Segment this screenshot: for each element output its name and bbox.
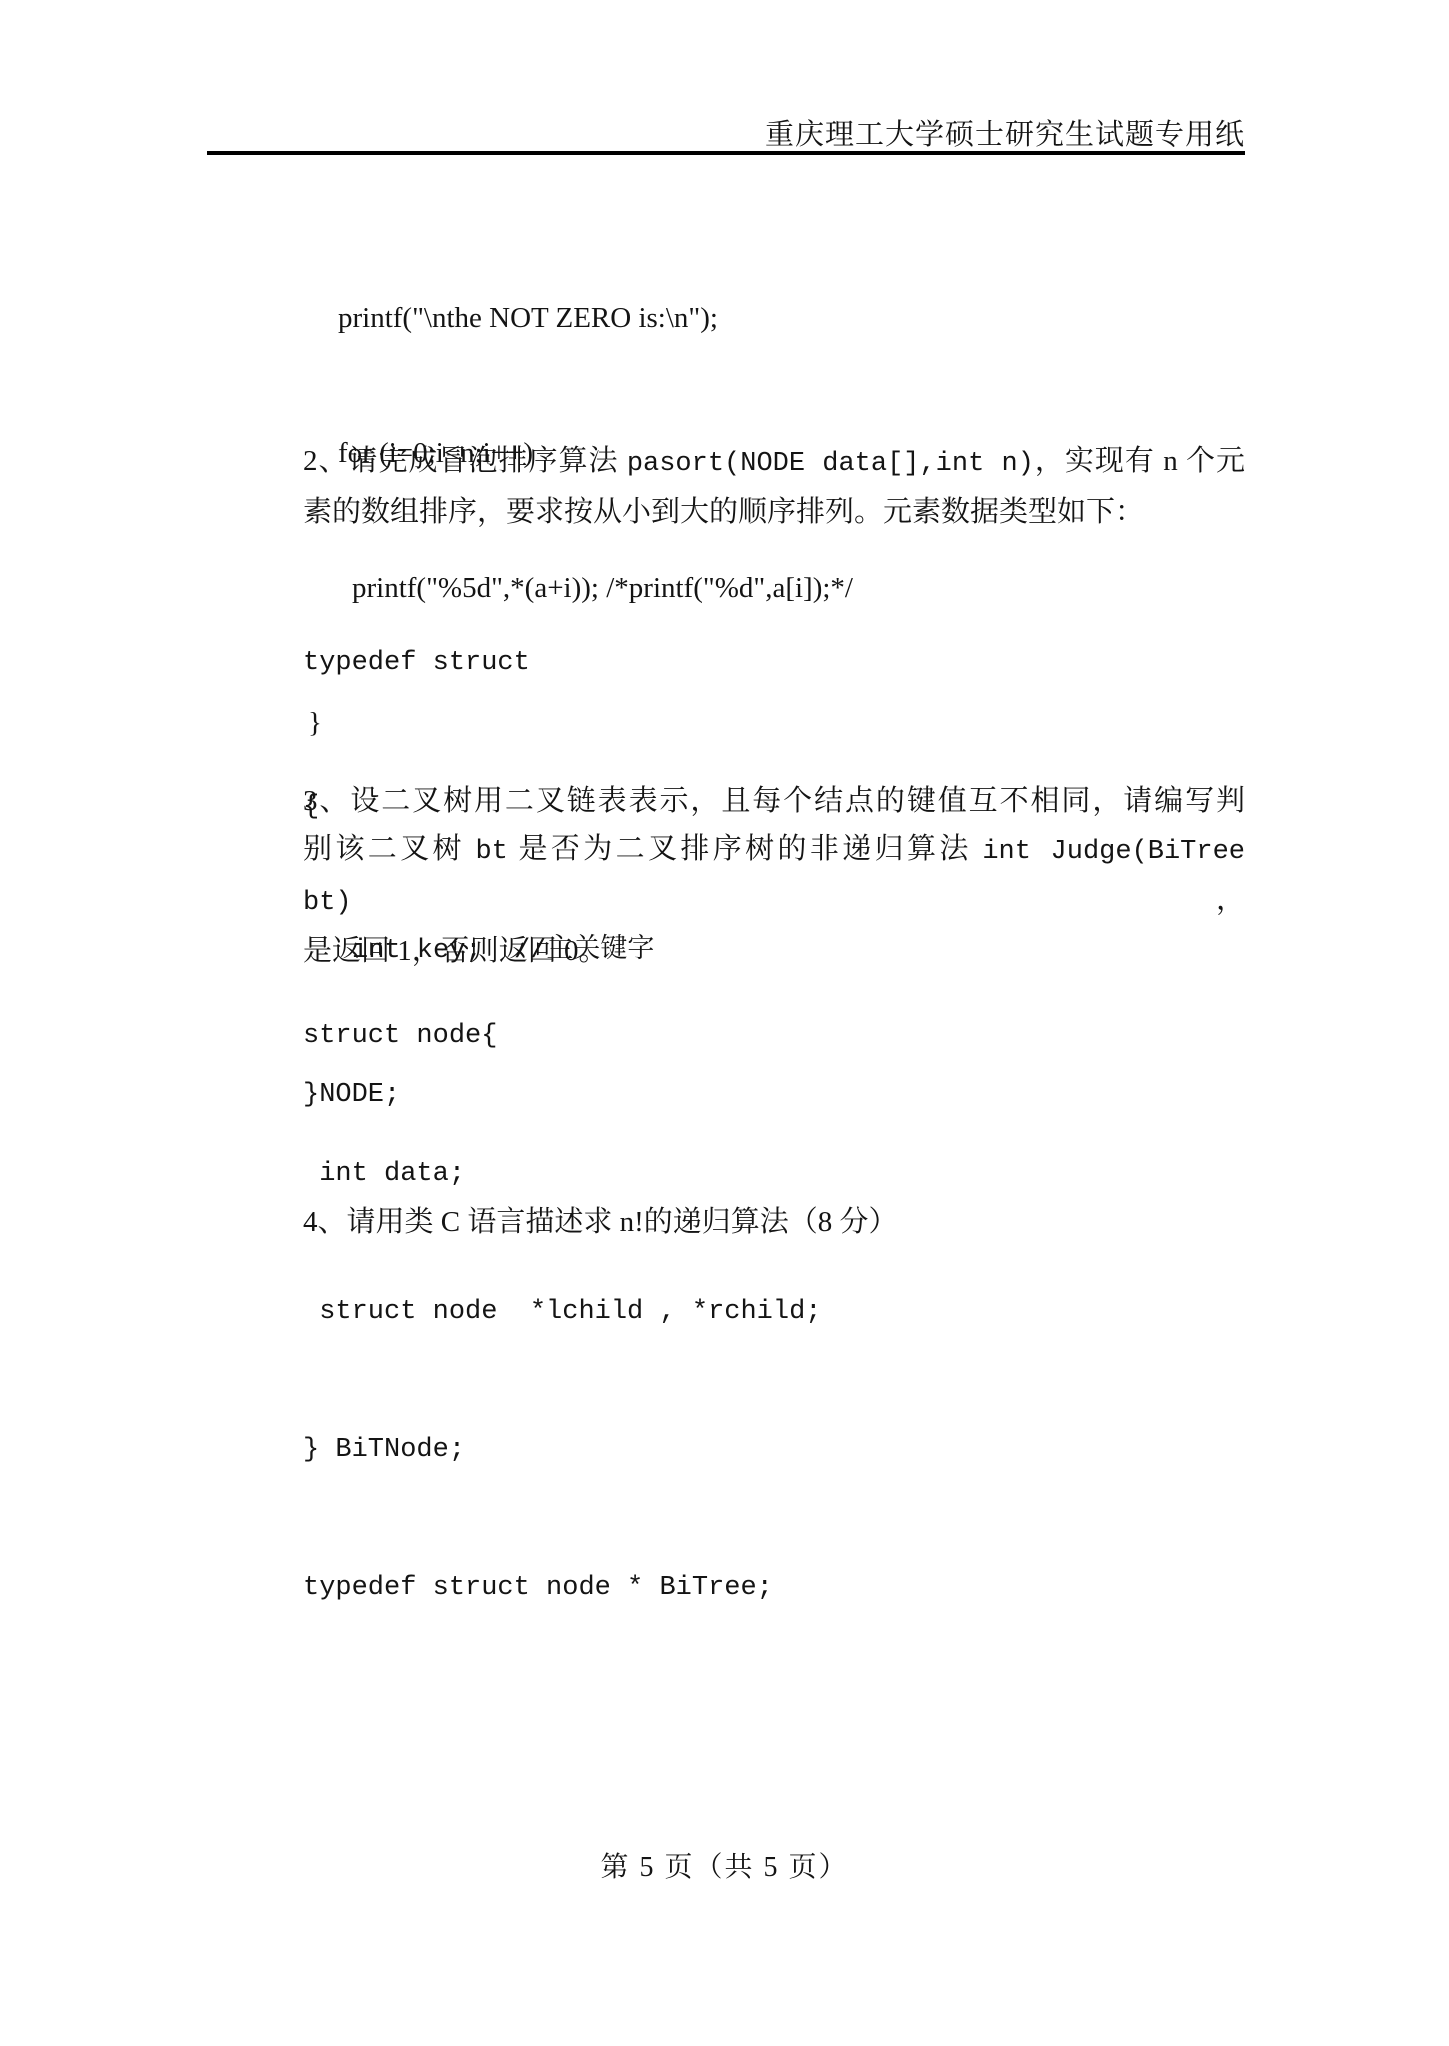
- code-line: typedef struct node * BiTree;: [303, 1565, 821, 1611]
- code-line: struct node *lchild , *rchild;: [303, 1289, 821, 1335]
- code-line: struct node{: [303, 1013, 821, 1059]
- question3-line2-text: 别该二叉树: [303, 833, 475, 865]
- question2-variable-n: n: [1163, 445, 1178, 477]
- question4-paragraph: 4、请用类 C 语言描述求 n!的递归算法（8 分）: [303, 1198, 1245, 1246]
- question3-code-block: struct node{ int data; struct node *lchi…: [303, 921, 821, 1703]
- code-line: typedef struct: [303, 639, 654, 687]
- question3-line2: 别该二叉树 bt 是否为二叉排序树的非递归算法 int Judge(BiTree…: [303, 825, 1245, 927]
- question2-function-signature: pasort(NODE data[],int n): [627, 449, 1034, 479]
- code-line: printf("\nthe NOT ZERO is:\n");: [303, 296, 853, 341]
- question2-paragraph: 2、请完成冒泡排序算法 pasort(NODE data[],int n)，实现…: [303, 437, 1245, 536]
- question2-line2: 素的数组排序，要求按从小到大的顺序排列。元素数据类型如下：: [303, 488, 1245, 536]
- page-number-footer: 第 5 页（共 5 页）: [0, 1845, 1449, 1885]
- page-header-title: 重庆理工大学硕士研究生试题专用纸: [207, 112, 1245, 153]
- question4-line1: 4、请用类 C 语言描述求 n!的递归算法（8 分）: [303, 1198, 1245, 1246]
- question2-line1-text: 个元: [1178, 445, 1245, 477]
- question2-line1-text: 2、请完成冒泡排序算法: [303, 445, 627, 477]
- exam-paper-page: 重庆理工大学硕士研究生试题专用纸 printf("\nthe NOT ZERO …: [0, 0, 1449, 2046]
- question3-line1: 3、设二叉树用二叉链表表示，且每个结点的键值互不相同，请编写判: [303, 777, 1245, 825]
- code-line: int data;: [303, 1151, 821, 1197]
- code-line: } BiTNode;: [303, 1427, 821, 1473]
- question2-line1: 2、请完成冒泡排序算法 pasort(NODE data[],int n)，实现…: [303, 437, 1245, 488]
- question3-line2-text: ，: [352, 884, 1245, 916]
- header-rule: [207, 151, 1245, 155]
- question3-line2-text: 是否为二叉排序树的非递归算法: [508, 833, 982, 865]
- question3-variable-bt: bt: [475, 837, 507, 867]
- question2-line1-text: ，实现有: [1034, 445, 1163, 477]
